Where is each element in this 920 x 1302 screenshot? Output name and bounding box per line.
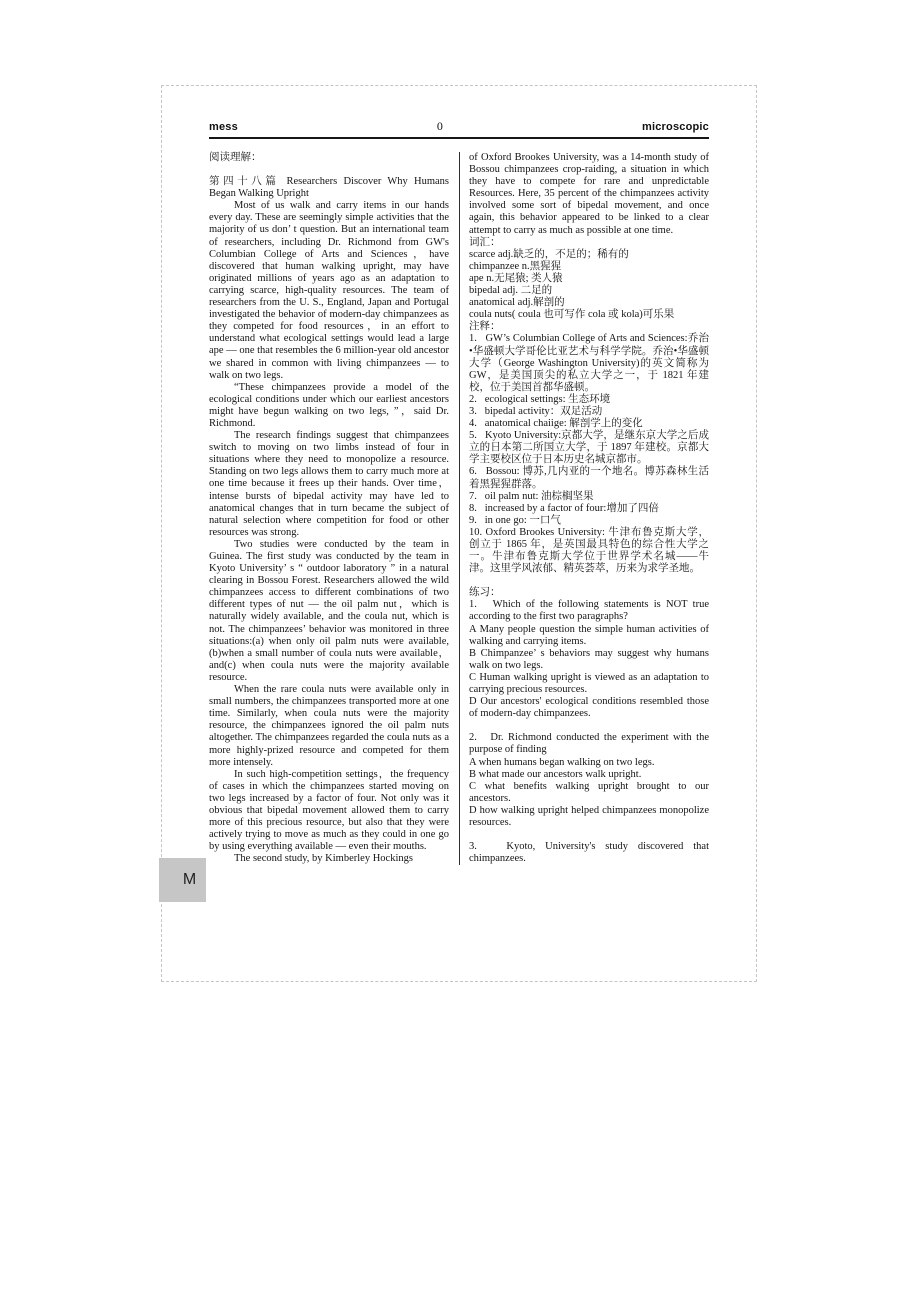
column-divider [459, 152, 460, 865]
header-right-text: microscopic [642, 121, 709, 133]
question-option: A Many people question the simple human … [469, 624, 709, 648]
note-item: 1. GW’s Columbian College of Arts and Sc… [469, 333, 709, 393]
paragraph: The second study, by Kimberley Hockings [209, 853, 449, 865]
vocabulary-item: ape n.无尾猿; 类人猿 [469, 273, 709, 285]
note-item: 6. Bossou: 博苏,几内亚的一个地名。博苏森林生活着黑猩猩群落。 [469, 466, 709, 490]
right-column: of Oxford Brookes University, was a 14-m… [469, 152, 709, 865]
paragraph: Two studies were conducted by the team i… [209, 539, 449, 684]
left-column: 阅读理解： 第四十八篇Researchers Discover Why Huma… [209, 152, 449, 865]
note-item: 4. anatomical chaiige: 解剖学上的变化 [469, 418, 709, 430]
note-item: 7. oil palm nut: 油棕榈坚果 [469, 491, 709, 503]
paragraph: “These chimpanzees provide a model of th… [209, 382, 449, 430]
header-left-text: mess [209, 121, 238, 133]
question-stem: 2. Dr. Richmond conducted the experiment… [469, 732, 709, 756]
vocabulary-item: anatomical adj.解剖的 [469, 297, 709, 309]
two-column-body: 阅读理解： 第四十八篇Researchers Discover Why Huma… [209, 152, 709, 865]
question-option: C Human walking upright is viewed as an … [469, 672, 709, 696]
paragraph: The research findings suggest that chimp… [209, 430, 449, 539]
vocabulary-item: scarce adj.缺乏的，不足的；稀有的 [469, 249, 709, 261]
passage-title: 第四十八篇Researchers Discover Why Humans Beg… [209, 176, 449, 200]
paragraph: In such high-competition settings，the fr… [209, 769, 449, 854]
blank-line [209, 164, 449, 176]
notes-label: 注释： [469, 321, 709, 333]
header-rule [209, 137, 709, 139]
note-item: 5. Kyoto University:京都大学，是继东京大学之后成立的日本第二… [469, 430, 709, 466]
question-option: D how walking upright helped chimpanzees… [469, 805, 709, 829]
page-number: 0 [437, 119, 443, 134]
document-page: mess 0 microscopic 阅读理解： 第四十八篇Researcher… [161, 85, 757, 982]
question-stem: 1. Which of the following statements is … [469, 599, 709, 623]
note-item: 2. ecological settings: 生态环境 [469, 394, 709, 406]
note-item: 3. bipedal activity：双足活动 [469, 406, 709, 418]
vocabulary-item: coula nuts( coula 也可写作 cola 或 kola)可乐果 [469, 309, 709, 321]
passage-number: 第四十八篇 [209, 176, 280, 187]
vocabulary-item: bipedal adj. 二足的 [469, 285, 709, 297]
margin-marker: M [159, 858, 206, 902]
section-label: 阅读理解： [209, 152, 449, 164]
blank-line [469, 575, 709, 587]
blank-line [469, 829, 709, 841]
paragraph: Most of us walk and carry items in our h… [209, 200, 449, 381]
question-stem: 3. Kyoto, University's study discovered … [469, 841, 709, 865]
note-item: 8. increased by a factor of four:增加了四倍 [469, 503, 709, 515]
question-option: B Chimpanzee’ s behaviors may suggest wh… [469, 648, 709, 672]
note-item: 10. Oxford Brookes University: 牛津布鲁克斯大学，… [469, 527, 709, 575]
paragraph: When the rare coula nuts were available … [209, 684, 449, 769]
question-option: A when humans began walking on two legs. [469, 757, 709, 769]
paragraph-continuation: of Oxford Brookes University, was a 14-m… [469, 152, 709, 237]
question-option: D Our ancestors' ecological conditions r… [469, 696, 709, 720]
vocabulary-item: chimpanzee n.黑猩猩 [469, 261, 709, 273]
question-option: B what made our ancestors walk upright. [469, 769, 709, 781]
page-header: mess 0 microscopic [209, 119, 709, 134]
exercises-label: 练习： [469, 587, 709, 599]
note-item: 9. in one go: 一口气 [469, 515, 709, 527]
blank-line [469, 720, 709, 732]
question-option: C what benefits walking upright brought … [469, 781, 709, 805]
vocabulary-label: 词汇： [469, 237, 709, 249]
